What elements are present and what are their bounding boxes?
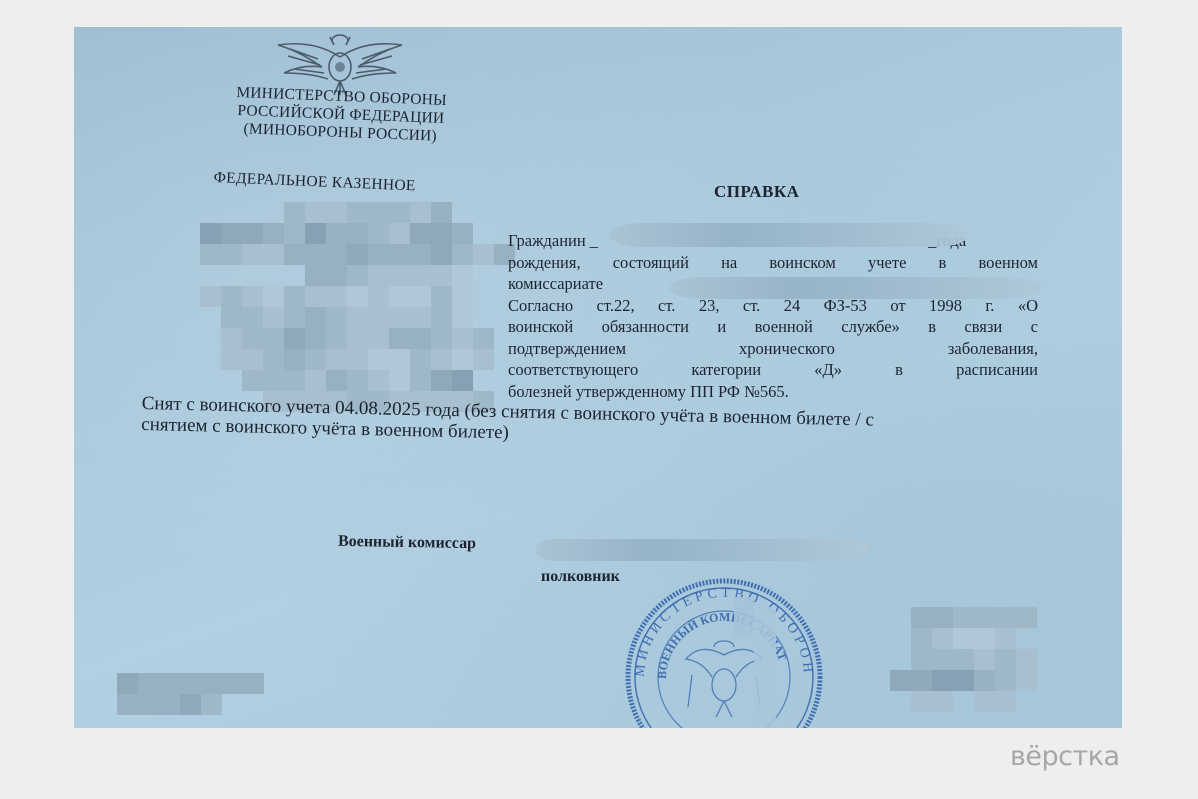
redacted-signatory-name — [536, 539, 868, 561]
document-photo: МИНИСТЕРСТВО ОБОРОНЫ РОССИЙСКОЙ ФЕДЕРАЦИ… — [74, 27, 1122, 728]
body-line-7: соответствующего категории «Д» в расписа… — [508, 359, 1038, 381]
institution-line: ФЕДЕРАЛЬНОЕ КАЗЕННОЕ — [213, 169, 416, 195]
body-line-2: рождения, состоящий на воинском учете в … — [508, 252, 1038, 274]
body-line-8: болезней утвержденному ПП РФ №565. — [508, 381, 1038, 403]
official-round-stamp-icon: МИНИСТЕРСТВО ОБОРОНЫ РОССИЙСКОЙ ФЕДЕРАЦИ… — [614, 567, 834, 728]
certificate-body: Гражданин __года рождения, состоящий на … — [508, 230, 1038, 402]
ministry-header: МИНИСТЕРСТВО ОБОРОНЫ РОССИЙСКОЙ ФЕДЕРАЦИ… — [210, 83, 472, 147]
signatory-rank: полковник — [541, 568, 620, 586]
verstka-watermark-logo: вёрстка — [1010, 741, 1120, 772]
signatory-position: Военный комиссар — [338, 533, 476, 553]
document-title: СПРАВКА — [714, 182, 799, 202]
deregistration-statement: Снят с воинского учета 04.08.2025 года (… — [141, 393, 1062, 456]
body-line-6: подтверждением хронического заболевания, — [508, 338, 1038, 360]
redacted-citizen-name — [609, 223, 969, 247]
redacted-commissariat-name — [670, 277, 1042, 299]
body-line-5: воинской обязанности и военной службе» в… — [508, 316, 1038, 338]
